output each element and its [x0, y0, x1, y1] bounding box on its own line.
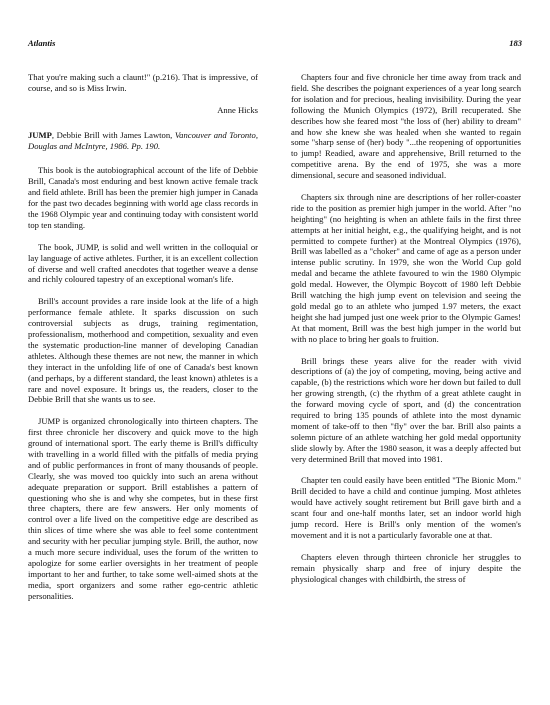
body-paragraph: Chapters four and five chronicle her tim… [291, 72, 521, 181]
body-paragraph: This book is the autobiographical accoun… [28, 165, 258, 230]
book-citation: JUMP, Debbie Brill with James Lawton, Va… [28, 130, 258, 152]
body-paragraph: JUMP is organized chronologically into t… [28, 416, 258, 601]
left-column: That you're making such a claunt!" (p.21… [28, 72, 258, 613]
book-authors: , Debbie Brill with James Lawton, [52, 130, 175, 140]
body-paragraph: Chapters six through nine are descriptio… [291, 192, 521, 345]
carryover-paragraph: That you're making such a claunt!" (p.21… [28, 72, 258, 94]
running-head-page-number: 183 [509, 38, 522, 48]
body-paragraph: Chapter ten could easily have been entit… [291, 475, 521, 540]
body-paragraph: Brill brings these years alive for the r… [291, 356, 521, 465]
body-paragraph: Chapters eleven through thirteen chronic… [291, 552, 521, 585]
body-paragraph: The book, JUMP, is solid and well writte… [28, 242, 258, 286]
body-paragraph: Brill's account provides a rare inside l… [28, 296, 258, 405]
book-title: JUMP [28, 130, 52, 140]
reviewer-signature: Anne Hicks [28, 105, 258, 116]
running-head-journal: Atlantis [28, 38, 55, 48]
right-column: Chapters four and five chronicle her tim… [291, 72, 521, 595]
